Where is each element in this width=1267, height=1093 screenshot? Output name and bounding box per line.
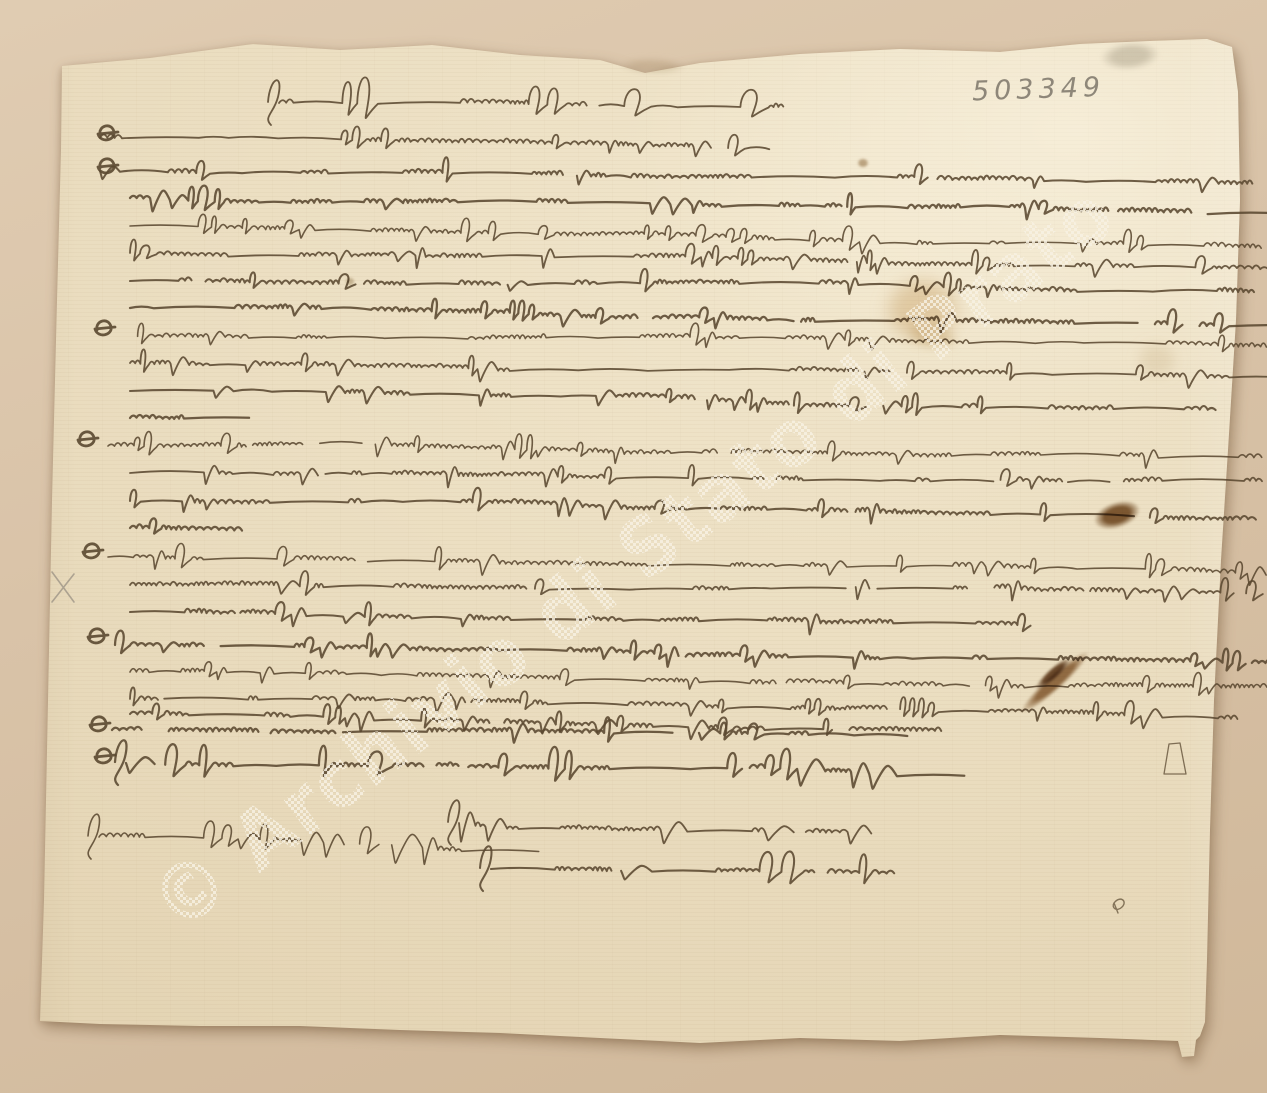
manuscript-line (448, 800, 871, 845)
paragraph-mark (78, 432, 98, 446)
manuscript-line (130, 488, 1256, 524)
paragraph-mark (95, 321, 115, 335)
manuscript-line (130, 186, 1267, 220)
manuscript-line (115, 631, 1267, 671)
manuscript-line (88, 814, 539, 864)
manuscript-line (138, 323, 1267, 351)
manuscript-line (130, 386, 1216, 415)
manuscript-line (130, 269, 1254, 297)
archival-scan: 503349 © Archivio di Stato di Prato (0, 0, 1267, 1093)
manuscript-line (480, 846, 894, 891)
paragraph-mark (95, 749, 115, 763)
ink-doodle (1164, 743, 1186, 774)
manuscript-line (130, 239, 1267, 276)
pencil-x-mark (52, 572, 74, 602)
manuscript-line (130, 349, 1267, 388)
manuscript-line (100, 157, 1252, 192)
manuscript-line (130, 687, 1237, 728)
manuscript-line (130, 662, 1267, 698)
manuscript-line (130, 465, 1262, 489)
manuscript-line (130, 518, 242, 533)
ink-doodle (1113, 899, 1124, 913)
manuscript-line (130, 214, 1261, 253)
handwriting-layer (0, 0, 1267, 1093)
manuscript-line (100, 126, 769, 156)
paragraph-mark (88, 629, 108, 643)
paragraph-mark (83, 544, 103, 558)
manuscript-line (108, 432, 1262, 469)
manuscript-line (130, 602, 1031, 634)
manuscript-line (268, 77, 783, 125)
paragraph-mark (90, 717, 110, 731)
manuscript-line (130, 415, 262, 419)
manuscript-line (130, 571, 1263, 602)
manuscript-line (115, 740, 964, 789)
manuscript-line (108, 544, 1266, 586)
